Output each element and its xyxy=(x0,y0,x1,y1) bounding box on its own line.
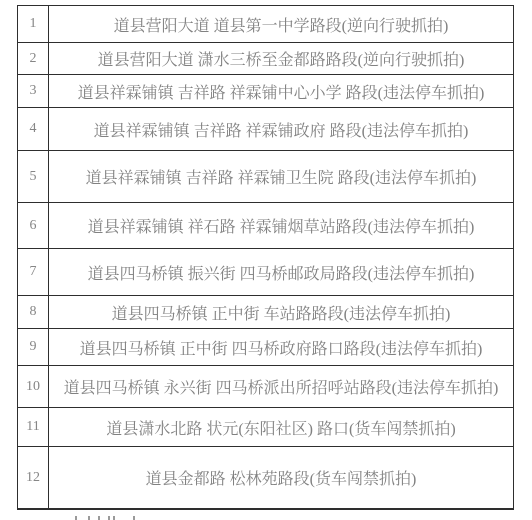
camera-location-table: 1 道县营阳大道 道县第一中学路段(逆向行驶抓拍) 2 道县营阳大道 潇水三桥至… xyxy=(17,5,514,510)
table-row: 11 道县潇水北路 状元(东阳社区) 路口(货车闯禁抓拍) xyxy=(18,408,513,447)
row-number: 11 xyxy=(18,408,49,446)
row-number: 3 xyxy=(18,75,49,107)
table-row: 8 道县四马桥镇 正中街 车站路路段(违法停车抓拍) xyxy=(18,296,513,329)
row-number: 5 xyxy=(18,151,49,202)
row-number: 1 xyxy=(18,6,49,42)
camera-location: 道县祥霖铺镇 吉祥路 祥霖铺政府 路段(违法停车抓拍) xyxy=(49,108,513,150)
table-row: 6 道县祥霖铺镇 祥石路 祥霖铺烟草站路段(违法停车抓拍) xyxy=(18,203,513,249)
table-row: 10 道县四马桥镇 永兴街 四马桥派出所招呼站路段(违法停车抓拍) xyxy=(18,366,513,408)
row-number: 4 xyxy=(18,108,49,150)
table-row: 9 道县四马桥镇 正中街 四马桥政府路口路段(违法停车抓拍) xyxy=(18,329,513,366)
camera-location: 道县四马桥镇 振兴街 四马桥邮政局路段(违法停车抓拍) xyxy=(49,249,513,295)
row-number: 12 xyxy=(18,447,49,508)
table-row: 7 道县四马桥镇 振兴街 四马桥邮政局路段(违法停车抓拍) xyxy=(18,249,513,296)
table-row: 12 道县金都路 松林苑路段(货车闯禁抓拍) xyxy=(18,447,513,508)
row-number: 2 xyxy=(18,43,49,74)
table-row: 4 道县祥霖铺镇 吉祥路 祥霖铺政府 路段(违法停车抓拍) xyxy=(18,108,513,151)
row-number: 9 xyxy=(18,329,49,365)
camera-location: 道县祥霖铺镇 祥石路 祥霖铺烟草站路段(违法停车抓拍) xyxy=(49,203,513,248)
row-number: 7 xyxy=(18,249,49,295)
camera-location: 道县祥霖铺镇 吉祥路 祥霖铺中心小学 路段(违法停车抓拍) xyxy=(49,75,513,107)
camera-location: 道县四马桥镇 正中街 车站路路段(违法停车抓拍) xyxy=(49,296,513,328)
camera-location: 道县四马桥镇 永兴街 四马桥派出所招呼站路段(违法停车抓拍) xyxy=(49,366,513,407)
clipped-text-fragment xyxy=(0,515,532,520)
row-number: 10 xyxy=(18,366,49,407)
camera-location: 道县潇水北路 状元(东阳社区) 路口(货车闯禁抓拍) xyxy=(49,408,513,446)
camera-location: 道县祥霖铺镇 吉祥路 祥霖铺卫生院 路段(违法停车抓拍) xyxy=(49,151,513,202)
table-row: 3 道县祥霖铺镇 吉祥路 祥霖铺中心小学 路段(违法停车抓拍) xyxy=(18,75,513,108)
camera-location: 道县营阳大道 道县第一中学路段(逆向行驶抓拍) xyxy=(49,6,513,42)
row-number: 6 xyxy=(18,203,49,248)
table-row: 2 道县营阳大道 潇水三桥至金都路路段(逆向行驶抓拍) xyxy=(18,43,513,75)
camera-location: 道县营阳大道 潇水三桥至金都路路段(逆向行驶抓拍) xyxy=(49,43,513,74)
camera-location: 道县金都路 松林苑路段(货车闯禁抓拍) xyxy=(49,447,513,508)
table-row: 5 道县祥霖铺镇 吉祥路 祥霖铺卫生院 路段(违法停车抓拍) xyxy=(18,151,513,203)
row-number: 8 xyxy=(18,296,49,328)
table-row: 1 道县营阳大道 道县第一中学路段(逆向行驶抓拍) xyxy=(18,6,513,43)
camera-location: 道县四马桥镇 正中街 四马桥政府路口路段(违法停车抓拍) xyxy=(49,329,513,365)
